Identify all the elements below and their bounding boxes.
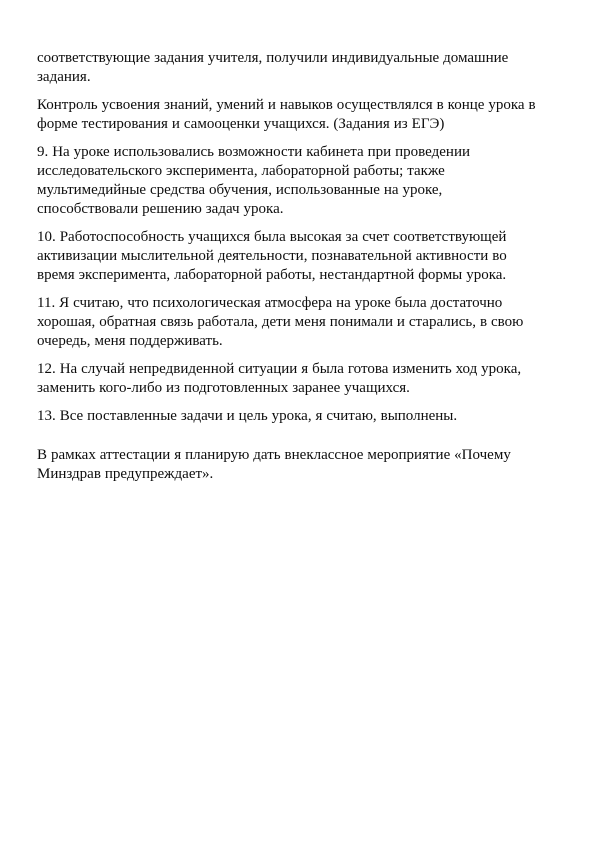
document-page: соответствующие задания учителя, получил…: [0, 0, 595, 842]
paragraph-item-9: 9. На уроке использовались возможности к…: [37, 143, 545, 219]
paragraph-knowledge-control: Контроль усвоения знаний, умений и навык…: [37, 96, 545, 134]
paragraph-continuation: соответствующие задания учителя, получил…: [37, 49, 545, 87]
paragraph-item-11: 11. Я считаю, что психологическая атмосф…: [37, 294, 545, 351]
paragraph-attestation-plan: В рамках аттестации я планирую дать внек…: [37, 446, 545, 484]
paragraph-item-13: 13. Все поставленные задачи и цель урока…: [37, 407, 545, 426]
paragraph-item-12: 12. На случай непредвиденной ситуации я …: [37, 360, 545, 398]
paragraph-item-10: 10. Работоспособность учащихся была высо…: [37, 228, 545, 285]
